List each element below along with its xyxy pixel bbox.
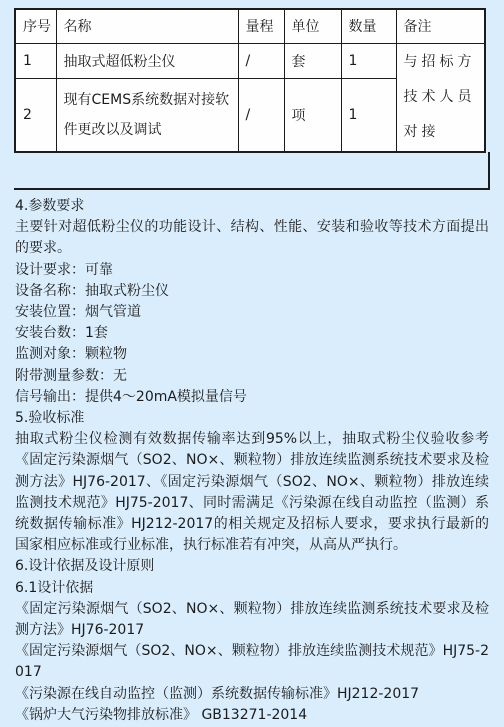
document-page: 序号 名称 量程 单位 数量 备注 1 抽取式超低粉尘仪 / 套 1 与招标方技… xyxy=(0,0,504,727)
design-basis-item: 《污染源在线自动监控（监测）系统数据传输标准》HJ212-2017 xyxy=(15,684,489,705)
cell-name: 抽取式超低粉尘仪 xyxy=(56,43,238,78)
header-cell-unit: 单位 xyxy=(284,9,341,43)
table-header-row: 序号 名称 量程 单位 数量 备注 xyxy=(15,9,485,43)
monitor-target: 监测对象：颗粒物 xyxy=(15,344,489,365)
cell-range: / xyxy=(238,43,284,78)
document-body: 4.参数要求 主要针对超低粉尘仪的功能设计、结构、性能、安装和验收等技术方面提出… xyxy=(15,196,489,726)
cell-range: / xyxy=(238,78,284,152)
signal-output: 信号输出：提供4～20mA模拟量信号 xyxy=(15,387,489,408)
outer-frame-border xyxy=(14,152,490,190)
section5-heading: 5.验收标准 xyxy=(15,408,489,429)
param-intro: 主要针对超低粉尘仪的功能设计、结构、性能、安装和验收等技术方面提出的要求。 xyxy=(15,217,489,259)
cell-qty: 1 xyxy=(341,43,396,78)
design-basis-item: 《锅炉大气污染物排放标准》 GB13271-2014 xyxy=(15,705,489,726)
install-location: 安装位置：烟气管道 xyxy=(15,302,489,323)
cell-seq: 1 xyxy=(15,43,56,78)
cell-qty: 1 xyxy=(341,78,396,152)
header-cell-range: 量程 xyxy=(238,9,284,43)
cell-remark-merged: 与招标方技术人员对接 xyxy=(396,43,485,152)
section6-1-heading: 6.1设计依据 xyxy=(15,578,489,599)
header-cell-qty: 数量 xyxy=(341,9,396,43)
design-requirement: 设计要求：可靠 xyxy=(15,260,489,281)
header-cell-remark: 备注 xyxy=(396,9,485,43)
remark-text: 与招标方技术人员对接 xyxy=(404,45,482,150)
design-basis-item: 《固定污染源烟气（SO2、NO×、颗粒物）排放连续监测技术规范》HJ75-201… xyxy=(15,641,489,683)
extra-params: 附带测量参数：无 xyxy=(15,366,489,387)
cell-name: 现有CEMS系统数据对接软件更改以及调试 xyxy=(56,78,238,152)
equipment-spec-table: 序号 名称 量程 单位 数量 备注 1 抽取式超低粉尘仪 / 套 1 与招标方技… xyxy=(14,8,486,153)
device-name: 设备名称：抽取式粉尘仪 xyxy=(15,281,489,302)
header-cell-name: 名称 xyxy=(56,9,238,43)
header-cell-no: 序号 xyxy=(15,9,56,43)
design-basis-item: 《固定污染源烟气（SO2、NO×、颗粒物）排放连续监测系统技术要求及检测方法》H… xyxy=(15,599,489,641)
table-row: 1 抽取式超低粉尘仪 / 套 1 与招标方技术人员对接 xyxy=(15,43,485,78)
cell-unit: 套 xyxy=(284,43,341,78)
section6-heading: 6.设计依据及设计原则 xyxy=(15,556,489,577)
section4-heading: 4.参数要求 xyxy=(15,196,489,217)
cell-unit: 项 xyxy=(284,78,341,152)
cell-seq: 2 xyxy=(15,78,56,152)
acceptance-standard: 抽取式粉尘仪检测有效数据传输率达到95%以上，抽取式粉尘仪验收参考《固定污染源烟… xyxy=(15,429,489,556)
install-count: 安装台数：1套 xyxy=(15,323,489,344)
